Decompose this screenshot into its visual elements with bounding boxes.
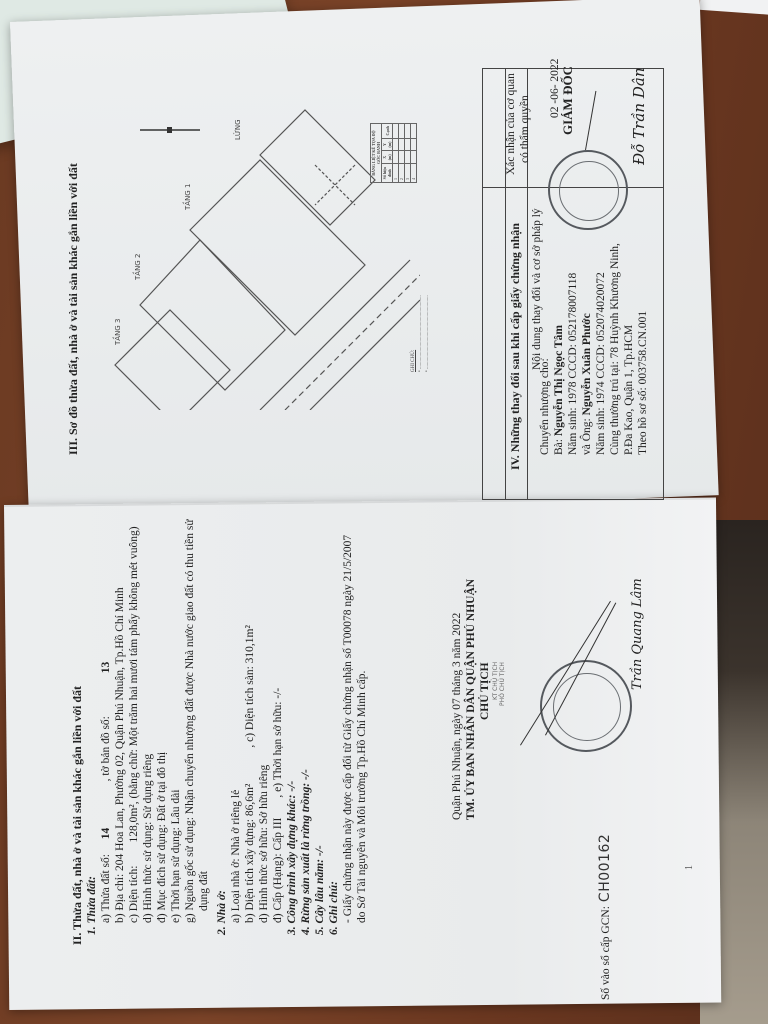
- section4-entry: Chuyển nhượng cho: Bà: Nguyễn Thị Ngọc T…: [538, 243, 650, 455]
- page-mark: 1: [684, 865, 695, 870]
- register-number: Số vào sổ cấp GCN: CH00162: [596, 834, 614, 1000]
- svg-text:TẦNG 1: TẦNG 1: [182, 184, 192, 211]
- section3-title: III. Sơ đồ thửa đất, nhà ở và tài sản kh…: [66, 163, 81, 455]
- peoples-committee-stamp: [540, 660, 632, 752]
- registration-office-stamp: [548, 150, 628, 230]
- issuer-signature-block: Quận Phú Nhuận, ngày 07 tháng 3 năm 2022…: [450, 510, 506, 850]
- section4-column-confirm: Xác nhận của cơ quan có thẩm quyền: [504, 73, 532, 175]
- coordinate-table: BẢNG LIỆT KÊ TỌA ĐỘ GÓC RANH Số hiệu đỉn…: [370, 125, 430, 185]
- confirm-role: GIÁM ĐỐC: [560, 66, 576, 135]
- svg-text:TẦNG 2: TẦNG 2: [132, 254, 142, 281]
- confirm-signer-name: Đỗ Trần Dân: [630, 68, 648, 165]
- svg-text:LỬNG: LỬNG: [233, 119, 242, 140]
- issuer-signer-name: Trần Quang Lâm: [630, 578, 645, 690]
- section4-title: IV. Những thay đổi sau khi cấp giấy chứn…: [508, 223, 523, 470]
- background-paper-corner: [699, 0, 768, 18]
- svg-text:TẦNG 3: TẦNG 3: [112, 319, 122, 346]
- section2-content: II. Thửa đất, nhà ở và tài sản khác gắn …: [70, 505, 369, 945]
- diagram-notes: GHI CHÚ: • .............................…: [410, 295, 431, 372]
